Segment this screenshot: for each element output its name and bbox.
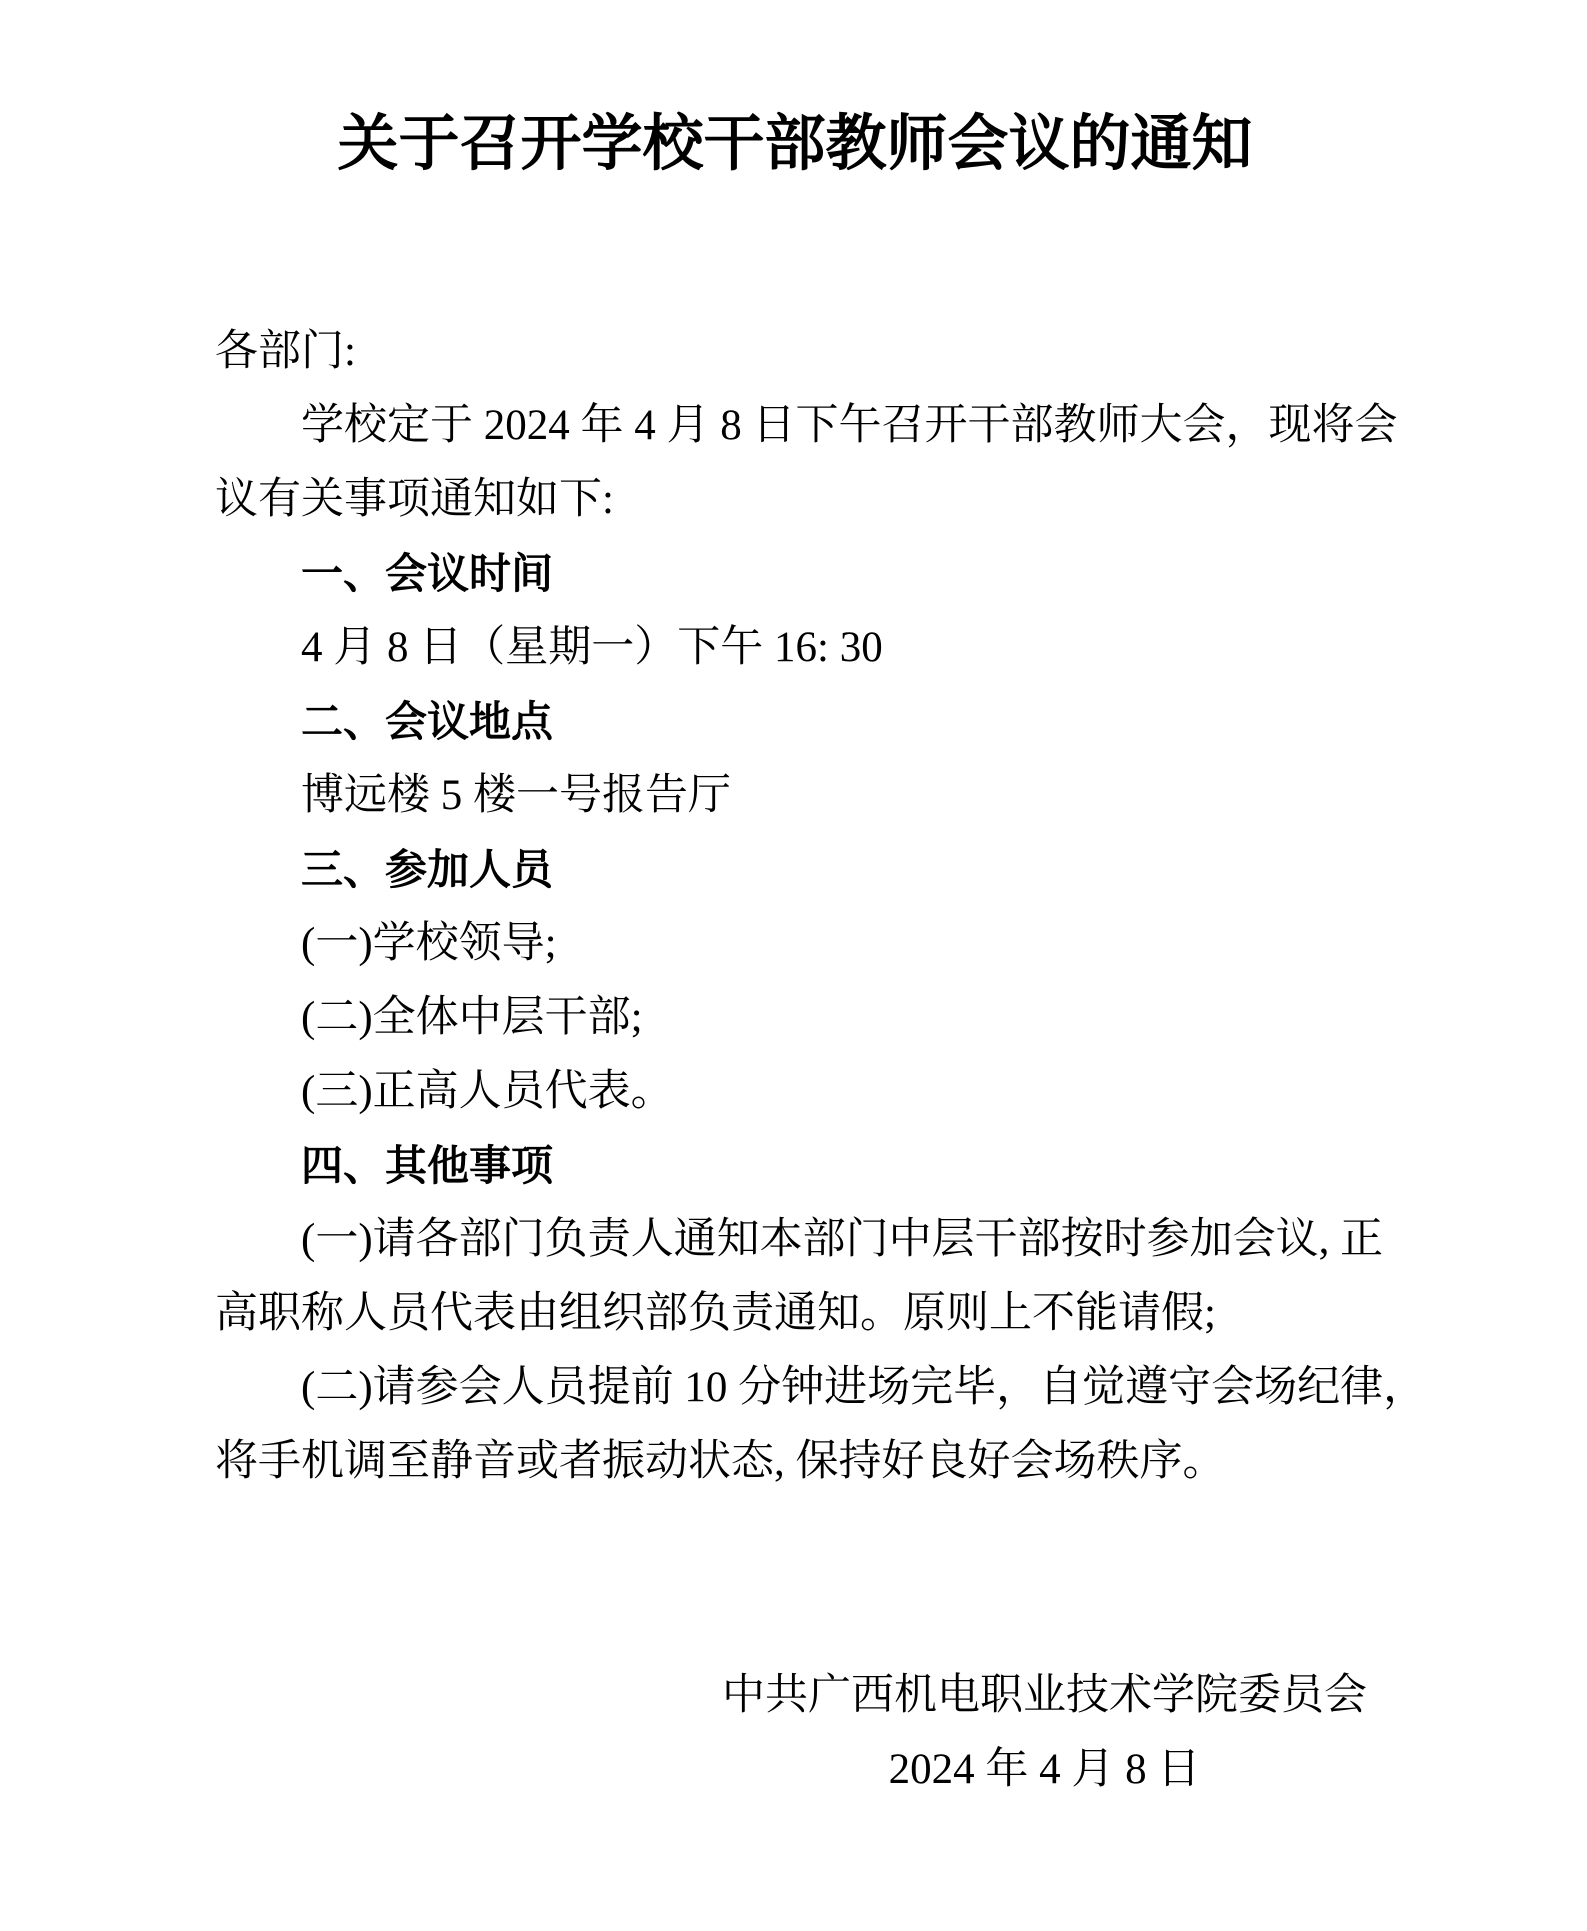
section-3-item-1: (一)学校领导; — [215, 907, 1375, 981]
section-2-heading: 二、会议地点 — [215, 685, 1375, 759]
section-2-line-1: 博远楼 5 楼一号报告厅 — [215, 759, 1375, 833]
section-3-item-2: (二)全体中层干部; — [215, 981, 1375, 1055]
section-4-item-2-line-1: (二)请参会人员提前 10 分钟进场完毕，自觉遵守会场纪律， — [215, 1351, 1375, 1425]
signature-inner: 中共广西机电职业技术学院委员会 2024 年 4 月 8 日 — [722, 1659, 1367, 1807]
section-4-item-1-line-1: (一)请各部门负责人通知本部门中层干部按时参加会议, 正 — [215, 1203, 1375, 1277]
section-1-line-1: 4 月 8 日（星期一）下午 16: 30 — [215, 611, 1375, 685]
section-1-heading: 一、会议时间 — [215, 537, 1375, 611]
section-3-item-3: (三)正高人员代表。 — [215, 1055, 1375, 1129]
section-4-item-1-line-2: 高职称人员代表由组织部负责通知。原则上不能请假; — [215, 1277, 1375, 1351]
section-4-heading: 四、其他事项 — [215, 1129, 1375, 1203]
document-title: 关于召开学校干部教师会议的通知 — [215, 105, 1375, 185]
section-3-heading: 三、参加人员 — [215, 833, 1375, 907]
intro-line-1: 学校定于 2024 年 4 月 8 日下午召开干部教师大会，现将会 — [215, 389, 1375, 463]
intro-line-2: 议有关事项通知如下: — [215, 463, 1375, 537]
signature-date: 2024 年 4 月 8 日 — [722, 1733, 1367, 1807]
document-page: 关于召开学校干部教师会议的通知 各部门: 学校定于 2024 年 4 月 8 日… — [0, 0, 1587, 1931]
signature-block: 中共广西机电职业技术学院委员会 2024 年 4 月 8 日 — [215, 1659, 1375, 1807]
salutation: 各部门: — [215, 315, 1375, 389]
section-4-item-2-line-2: 将手机调至静音或者振动状态, 保持好良好会场秩序。 — [215, 1425, 1375, 1499]
document-body: 各部门: 学校定于 2024 年 4 月 8 日下午召开干部教师大会，现将会 议… — [215, 185, 1375, 1807]
signature-org: 中共广西机电职业技术学院委员会 — [722, 1659, 1367, 1733]
